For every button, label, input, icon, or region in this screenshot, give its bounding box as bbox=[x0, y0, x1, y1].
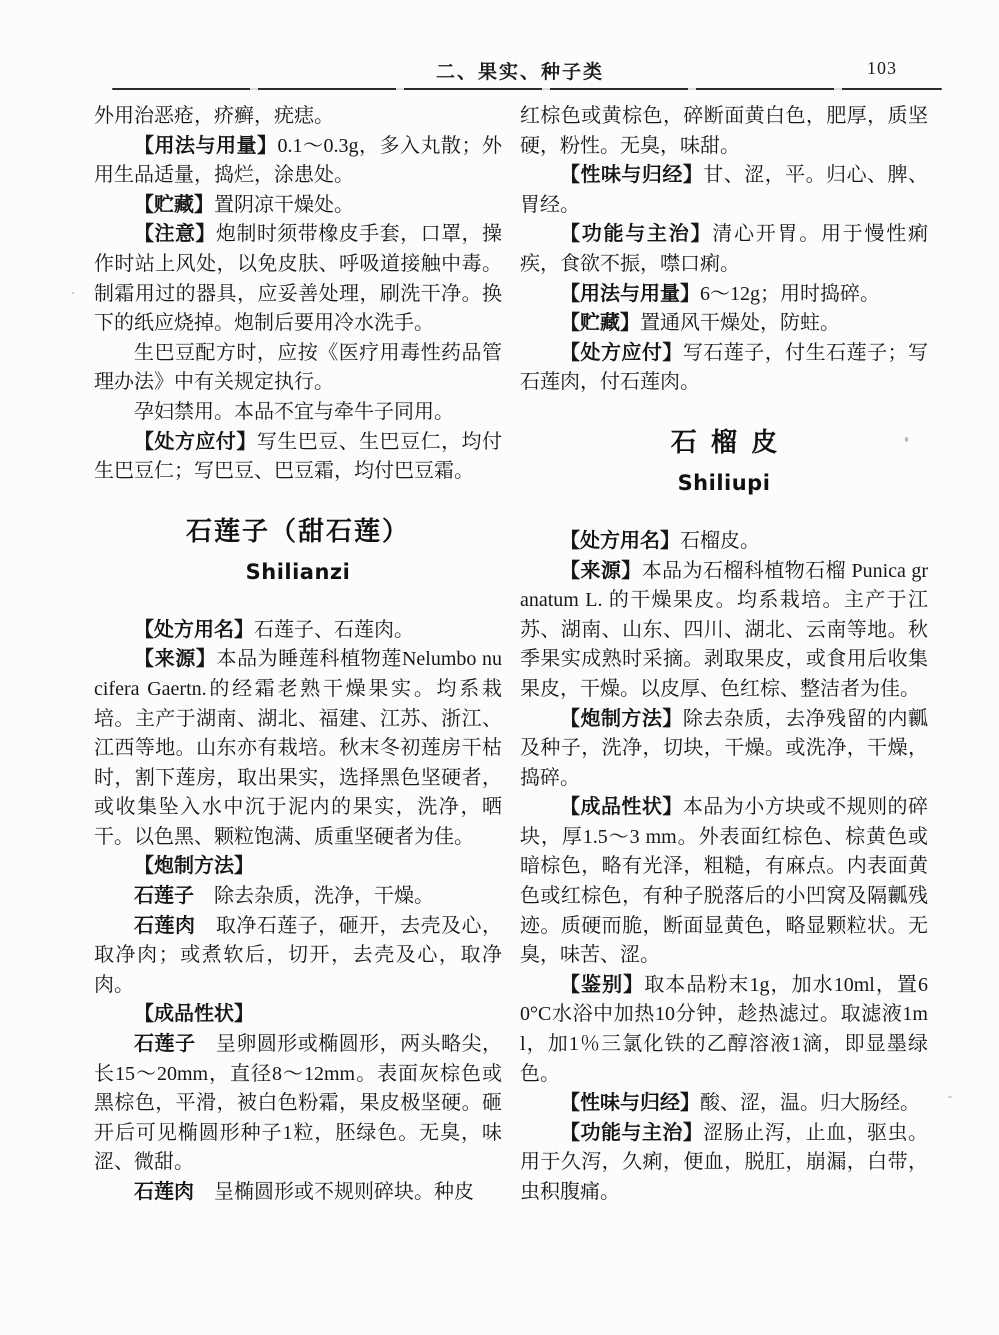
paragraph: 外用治恶疮，疥癣，疣痣。 bbox=[94, 102, 502, 132]
paragraph: 【功能与主治】清心开胃。用于慢性痢疾，食欲不振，噤口痢。 bbox=[520, 220, 928, 279]
paragraph: 【炮制方法】 bbox=[94, 852, 502, 882]
paragraph: 【来源】本品为睡莲科植物莲Nelumbo nucifera Gaertn.的经霜… bbox=[94, 645, 502, 852]
paragraph: 石莲子 除去杂质，洗净，干燥。 bbox=[94, 882, 502, 912]
paragraph: 【成品性状】本品为小方块或不规则的碎块，厚1.5～3 mm。外表面红棕色、棕黄色… bbox=[520, 793, 928, 971]
paragraph: 生巴豆配方时，应按《医疗用毒性药品管理办法》中有关规定执行。 bbox=[94, 339, 502, 398]
section-title: 二、果实、种子类 bbox=[436, 57, 604, 84]
paragraph: 【处方应付】写生巴豆、生巴豆仁，均付生巴豆仁；写巴豆、巴豆霜，均付巴豆霜。 bbox=[94, 428, 502, 487]
entry-heading-shiliupi: 石榴皮 Shiliupi bbox=[520, 428, 928, 495]
right-column-text-bottom: 【处方用名】石榴皮。【来源】本品为石榴科植物石榴 Punica granatum… bbox=[520, 527, 928, 1208]
entry-title-pinyin: Shiliupi bbox=[520, 471, 928, 495]
paragraph: 孕妇禁用。本品不宜与牵牛子同用。 bbox=[94, 398, 502, 428]
entry-title-cn: 石莲子（甜石莲） bbox=[94, 517, 502, 547]
paragraph: 红棕色或黄棕色，碎断面黄白色，肥厚，质坚硬，粉性。无臭，味甜。 bbox=[520, 102, 928, 161]
left-column-text-bottom: 【处方用名】石莲子、石莲肉。【来源】本品为睡莲科植物莲Nelumbo nucif… bbox=[94, 616, 502, 1208]
paragraph: 【用法与用量】6～12g；用时捣碎。 bbox=[520, 280, 928, 310]
paragraph: 【性味与归经】甘、涩，平。归心、脾、胃经。 bbox=[520, 161, 928, 220]
paragraph: 【注意】炮制时须带橡皮手套，口罩，操作时站上风处，以免皮肤、呼吸道接触中毒。制霜… bbox=[94, 220, 502, 338]
left-column-text-top: 外用治恶疮，疥癣，疣痣。【用法与用量】0.1～0.3g，多入丸散；外用生品适量，… bbox=[94, 102, 502, 487]
entry-heading-shilianzi: 石莲子（甜石莲） Shilianzi bbox=[94, 517, 502, 584]
left-column: 外用治恶疮，疥癣，疣痣。【用法与用量】0.1～0.3g，多入丸散；外用生品适量，… bbox=[94, 102, 502, 1208]
paragraph: 石莲子 呈卵圆形或椭圆形，两头略尖，长15～20mm，直径8～12mm。表面灰棕… bbox=[94, 1030, 502, 1178]
paragraph: 【鉴别】取本品粉末1g，加水10ml，置60°C水浴中加热10分钟，趁热滤过。取… bbox=[520, 971, 928, 1089]
scan-speck bbox=[72, 292, 74, 294]
book-page: 二、果实、种子类 103 外用治恶疮，疥癣，疣痣。【用法与用量】0.1～0.3g… bbox=[0, 0, 999, 1335]
paragraph: 【处方应付】写石莲子，付生石莲子；写石莲肉，付石莲肉。 bbox=[520, 339, 928, 398]
paragraph: 石莲肉 取净石莲子，砸开，去壳及心，取净肉；或煮软后，切开，去壳及心，取净肉。 bbox=[94, 912, 502, 1001]
entry-title-cn: 石榴皮 bbox=[520, 428, 928, 458]
page-number: 103 bbox=[867, 58, 897, 79]
paragraph: 【功能与主治】涩肠止泻，止血，驱虫。用于久泻，久痢，便血，脱肛，崩漏，白带，虫积… bbox=[520, 1119, 928, 1208]
paragraph: 【贮藏】置阴凉干燥处。 bbox=[94, 191, 502, 221]
paragraph: 【来源】本品为石榴科植物石榴 Punica granatum L. 的干燥果皮。… bbox=[520, 557, 928, 705]
paragraph: 【用法与用量】0.1～0.3g，多入丸散；外用生品适量，捣烂，涂患处。 bbox=[94, 132, 502, 191]
right-column-text-top: 红棕色或黄棕色，碎断面黄白色，肥厚，质坚硬，粉性。无臭，味甜。【性味与归经】甘、… bbox=[520, 102, 928, 398]
right-column: 红棕色或黄棕色，碎断面黄白色，肥厚，质坚硬，粉性。无臭，味甜。【性味与归经】甘、… bbox=[520, 102, 928, 1208]
paragraph: 【成品性状】 bbox=[94, 1000, 502, 1030]
scan-speck bbox=[948, 1096, 952, 1098]
running-header: 二、果实、种子类 103 bbox=[0, 57, 999, 83]
paragraph: 【贮藏】置通风干燥处，防蛀。 bbox=[520, 309, 928, 339]
header-rule bbox=[112, 88, 942, 90]
paragraph: 【炮制方法】除去杂质，去净残留的内瓤及种子，洗净，切块，干燥。或洗净，干燥，捣碎… bbox=[520, 705, 928, 794]
paragraph: 【处方用名】石莲子、石莲肉。 bbox=[94, 616, 502, 646]
paragraph: 【性味与归经】酸、涩，温。归大肠经。 bbox=[520, 1089, 928, 1119]
scan-speck bbox=[905, 437, 908, 442]
paragraph: 石莲肉 呈椭圆形或不规则碎块。种皮 bbox=[94, 1178, 502, 1208]
paragraph: 【处方用名】石榴皮。 bbox=[520, 527, 928, 557]
entry-title-pinyin: Shilianzi bbox=[94, 560, 502, 584]
